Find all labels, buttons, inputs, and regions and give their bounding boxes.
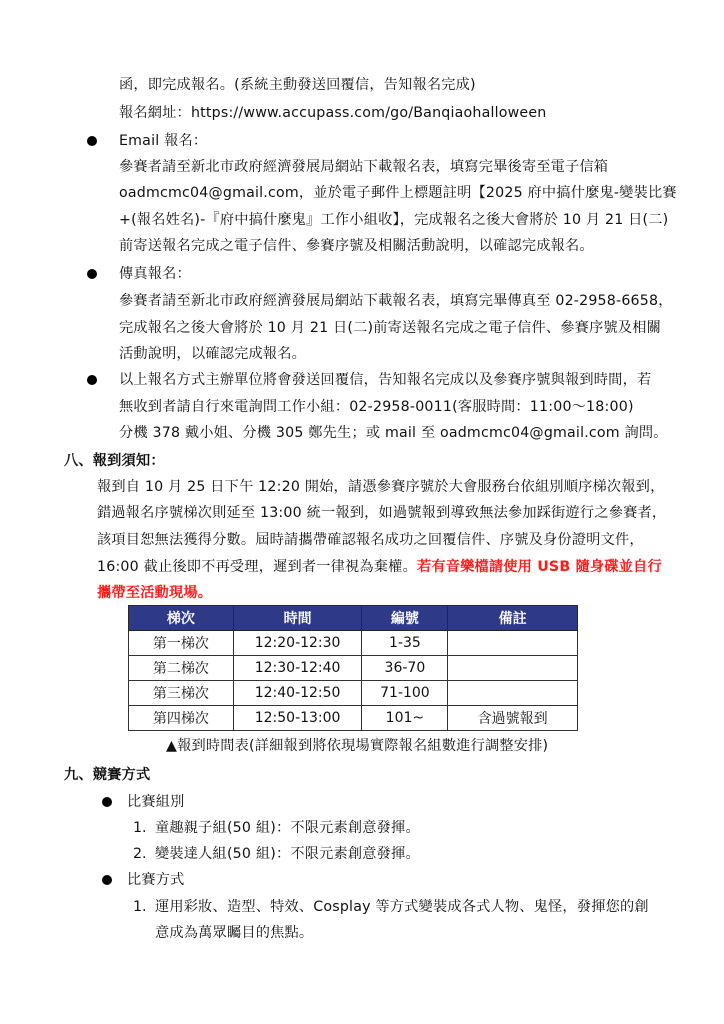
cell-number: 71-100	[362, 681, 448, 706]
section-8-heading: 八、報到須知：	[64, 451, 165, 471]
cell-time: 12:40-12:50	[233, 681, 362, 706]
fax-line-1: 參賽者請至新北市政府經濟發展局網站下載報名表，填寫完畢傳真至 02-2958-6…	[119, 291, 673, 311]
section-9-heading: 九、競賽方式	[64, 765, 150, 785]
section-8-line-4-text: 16:00 截止後即不再受理，遲到者一律視為棄權。	[97, 559, 417, 575]
notice-line-2: 無收到者請自行來電詢問工作小組：02-2958-0011(客服時間：11:00～…	[119, 397, 634, 417]
header-number: 編號	[362, 606, 448, 631]
check-in-schedule-table: 梯次 時間 編號 備註 第一梯次 12:20-12:30 1-35 第二梯次 1…	[128, 605, 578, 731]
notice-line-3: 分機 378 戴小姐、分機 305 鄭先生；或 mail 至 oadmcmc04…	[119, 423, 668, 443]
section-8-line-3: 該項目恕無法獲得分數。屆時請攜帶確認報名成功之回覆信件、序號及身份證明文件，	[97, 530, 644, 550]
email-line-3: +(報名姓名)-『府中搞什麼鬼』工作小組收】，完成報名之後大會將於 10 月 2…	[119, 210, 668, 230]
fax-line-2: 完成報名之後大會將於 10 月 21 日(二)前寄送報名完成之電子信件、參賽序號…	[119, 318, 661, 338]
bullet-icon	[102, 797, 112, 807]
table-row: 第四梯次 12:50-13:00 101~ 含過號報到	[129, 706, 578, 731]
fax-section-title: 傳真報名：	[119, 264, 191, 284]
bullet-icon	[87, 269, 97, 279]
list-number: 2.	[133, 844, 147, 864]
list-number: 1.	[133, 818, 147, 838]
usb-notice-highlight: 若有音樂檔請使用 USB 隨身碟並自行	[417, 559, 662, 575]
list-number: 1.	[133, 897, 147, 917]
cell-batch: 第二梯次	[129, 656, 234, 681]
bullet-icon	[87, 375, 97, 385]
cell-batch: 第一梯次	[129, 631, 234, 656]
table-caption: ▲報到時間表(詳細報到將依現場實際報名組數進行調整安排)	[166, 736, 548, 756]
group-item-2: 變裝達人組(50 組)：不限元素創意發揮。	[155, 844, 420, 864]
cell-note: 含過號報到	[448, 706, 578, 731]
bullet-icon	[87, 136, 97, 146]
email-line-4: 前寄送報名完成之電子信件、參賽序號及相關活動說明，以確認完成報名。	[119, 236, 594, 256]
intro-line-1: 函，即完成報名。(系統主動發送回覆信，告知報名完成)	[119, 75, 476, 95]
table-row: 第一梯次 12:20-12:30 1-35	[129, 631, 578, 656]
fax-line-3: 活動說明，以確認完成報名。	[119, 344, 306, 364]
cell-time: 12:20-12:30	[233, 631, 362, 656]
header-time: 時間	[233, 606, 362, 631]
cell-number: 1-35	[362, 631, 448, 656]
cell-batch: 第三梯次	[129, 681, 234, 706]
header-note: 備註	[448, 606, 578, 631]
email-section-title: Email 報名：	[119, 131, 207, 151]
group-item-1: 童趣親子組(50 組)：不限元素創意發揮。	[155, 818, 420, 838]
method-title: 比賽方式	[127, 870, 185, 890]
method-item-1-line-1: 運用彩妝、造型、特效、Cosplay 等方式變裝成各式人物、鬼怪，發揮您的創	[155, 897, 649, 917]
method-item-1-line-2: 意成為萬眾矚目的焦點。	[155, 923, 313, 943]
section-8-line-1: 報到自 10 月 25 日下午 12:20 開始，請憑參賽序號於大會服務台依組別…	[97, 477, 664, 497]
bullet-icon	[102, 875, 112, 885]
section-8-line-2: 錯過報名序號梯次則延至 13:00 統一報到，如過號報到導致無法參加踩街遊行之參…	[97, 503, 666, 523]
cell-note	[448, 656, 578, 681]
registration-url: 報名網址：https://www.accupass.com/go/Banqiao…	[119, 103, 546, 123]
notice-line-1: 以上報名方式主辦單位將會發送回覆信，告知報名完成以及參賽序號與報到時間，若	[119, 370, 651, 390]
email-line-2: oadmcmc04@gmail.com，並於電子郵件上標題註明【2025 府中搞…	[119, 183, 677, 203]
table-row: 第二梯次 12:30-12:40 36-70	[129, 656, 578, 681]
section-8-line-4: 16:00 截止後即不再受理，遲到者一律視為棄權。若有音樂檔請使用 USB 隨身…	[97, 557, 662, 577]
cell-number: 101~	[362, 706, 448, 731]
header-batch: 梯次	[129, 606, 234, 631]
cell-batch: 第四梯次	[129, 706, 234, 731]
cell-time: 12:50-13:00	[233, 706, 362, 731]
groups-title: 比賽組別	[127, 792, 185, 812]
table-header-row: 梯次 時間 編號 備註	[129, 606, 578, 631]
cell-time: 12:30-12:40	[233, 656, 362, 681]
cell-note	[448, 681, 578, 706]
usb-notice-highlight-cont: 攜帶至活動現場。	[97, 583, 212, 603]
table-row: 第三梯次 12:40-12:50 71-100	[129, 681, 578, 706]
cell-number: 36-70	[362, 656, 448, 681]
cell-note	[448, 631, 578, 656]
email-line-1: 參賽者請至新北市政府經濟發展局網站下載報名表，填寫完畢後寄至電子信箱	[119, 157, 608, 177]
